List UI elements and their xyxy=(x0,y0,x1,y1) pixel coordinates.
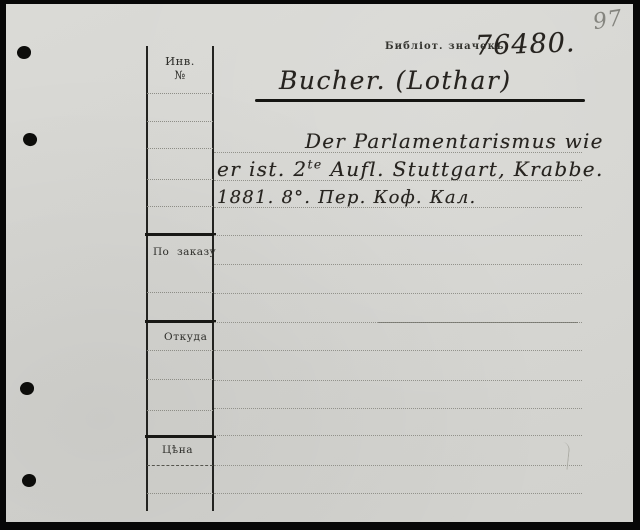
column-rule xyxy=(147,350,213,351)
column-rule xyxy=(147,93,213,94)
title-line-2: er ist. 2te Aufl. Stuttgart, Krabbe. xyxy=(217,157,604,181)
column-left-rule xyxy=(146,46,148,511)
writing-rule xyxy=(214,152,582,153)
punch-hole xyxy=(17,46,31,59)
writing-rule xyxy=(214,465,582,466)
writing-rule xyxy=(214,380,582,381)
column-rule xyxy=(147,121,213,122)
writing-rule xyxy=(214,293,582,294)
catalog-card-scan: 97 Инв. № По заказу Откуда Цѣна Библіот. xyxy=(0,0,640,530)
writing-rule xyxy=(378,322,578,323)
column-right-rule xyxy=(212,46,214,511)
writing-rule xyxy=(214,435,582,436)
writing-rule xyxy=(214,264,582,265)
column-rule xyxy=(147,410,213,411)
title-line-2-rest: Aufl. Stuttgart, Krabbe. xyxy=(323,157,604,181)
column-rule xyxy=(147,148,213,149)
writing-rule xyxy=(214,350,582,351)
column-rule xyxy=(147,292,213,293)
writing-rule xyxy=(214,207,582,208)
card-paper: 97 Инв. № По заказу Откуда Цѣна Библіот. xyxy=(6,4,633,522)
column-rule xyxy=(147,179,213,180)
inventory-number-label: Инв. № xyxy=(146,54,214,83)
writing-rule xyxy=(214,235,582,236)
price-label: Цѣна xyxy=(162,444,193,456)
title-line-2-superscript: te xyxy=(308,156,323,171)
punch-hole xyxy=(20,382,34,395)
inventory-label-line2: № xyxy=(146,68,214,82)
order-label: По заказу xyxy=(153,246,216,258)
column-section-divider xyxy=(145,233,216,236)
writing-rule xyxy=(214,180,582,181)
column-rule xyxy=(147,493,213,494)
punch-hole xyxy=(22,474,36,487)
origin-label: Откуда xyxy=(164,331,207,343)
inventory-label-line1: Инв. xyxy=(146,54,214,68)
page-number: 97 xyxy=(591,6,625,35)
writing-rule xyxy=(214,493,582,494)
title-line-3: 1881. 8°. Пер. Коф. Кал. xyxy=(217,187,476,208)
library-mark-value: 76480. xyxy=(474,27,576,61)
title-line-2-prefix: er ist. 2 xyxy=(217,157,308,181)
column-rule xyxy=(147,379,213,380)
column-rule xyxy=(147,206,213,207)
writing-rule xyxy=(214,408,582,409)
column-rule xyxy=(147,465,213,466)
author-line: Bucher. (Lothar) xyxy=(279,66,512,95)
column-section-divider xyxy=(145,435,216,438)
author-underline xyxy=(255,99,585,102)
title-line-1: Der Parlamentarismus wie xyxy=(305,129,604,153)
punch-hole xyxy=(21,131,39,148)
column-section-divider xyxy=(145,320,216,323)
